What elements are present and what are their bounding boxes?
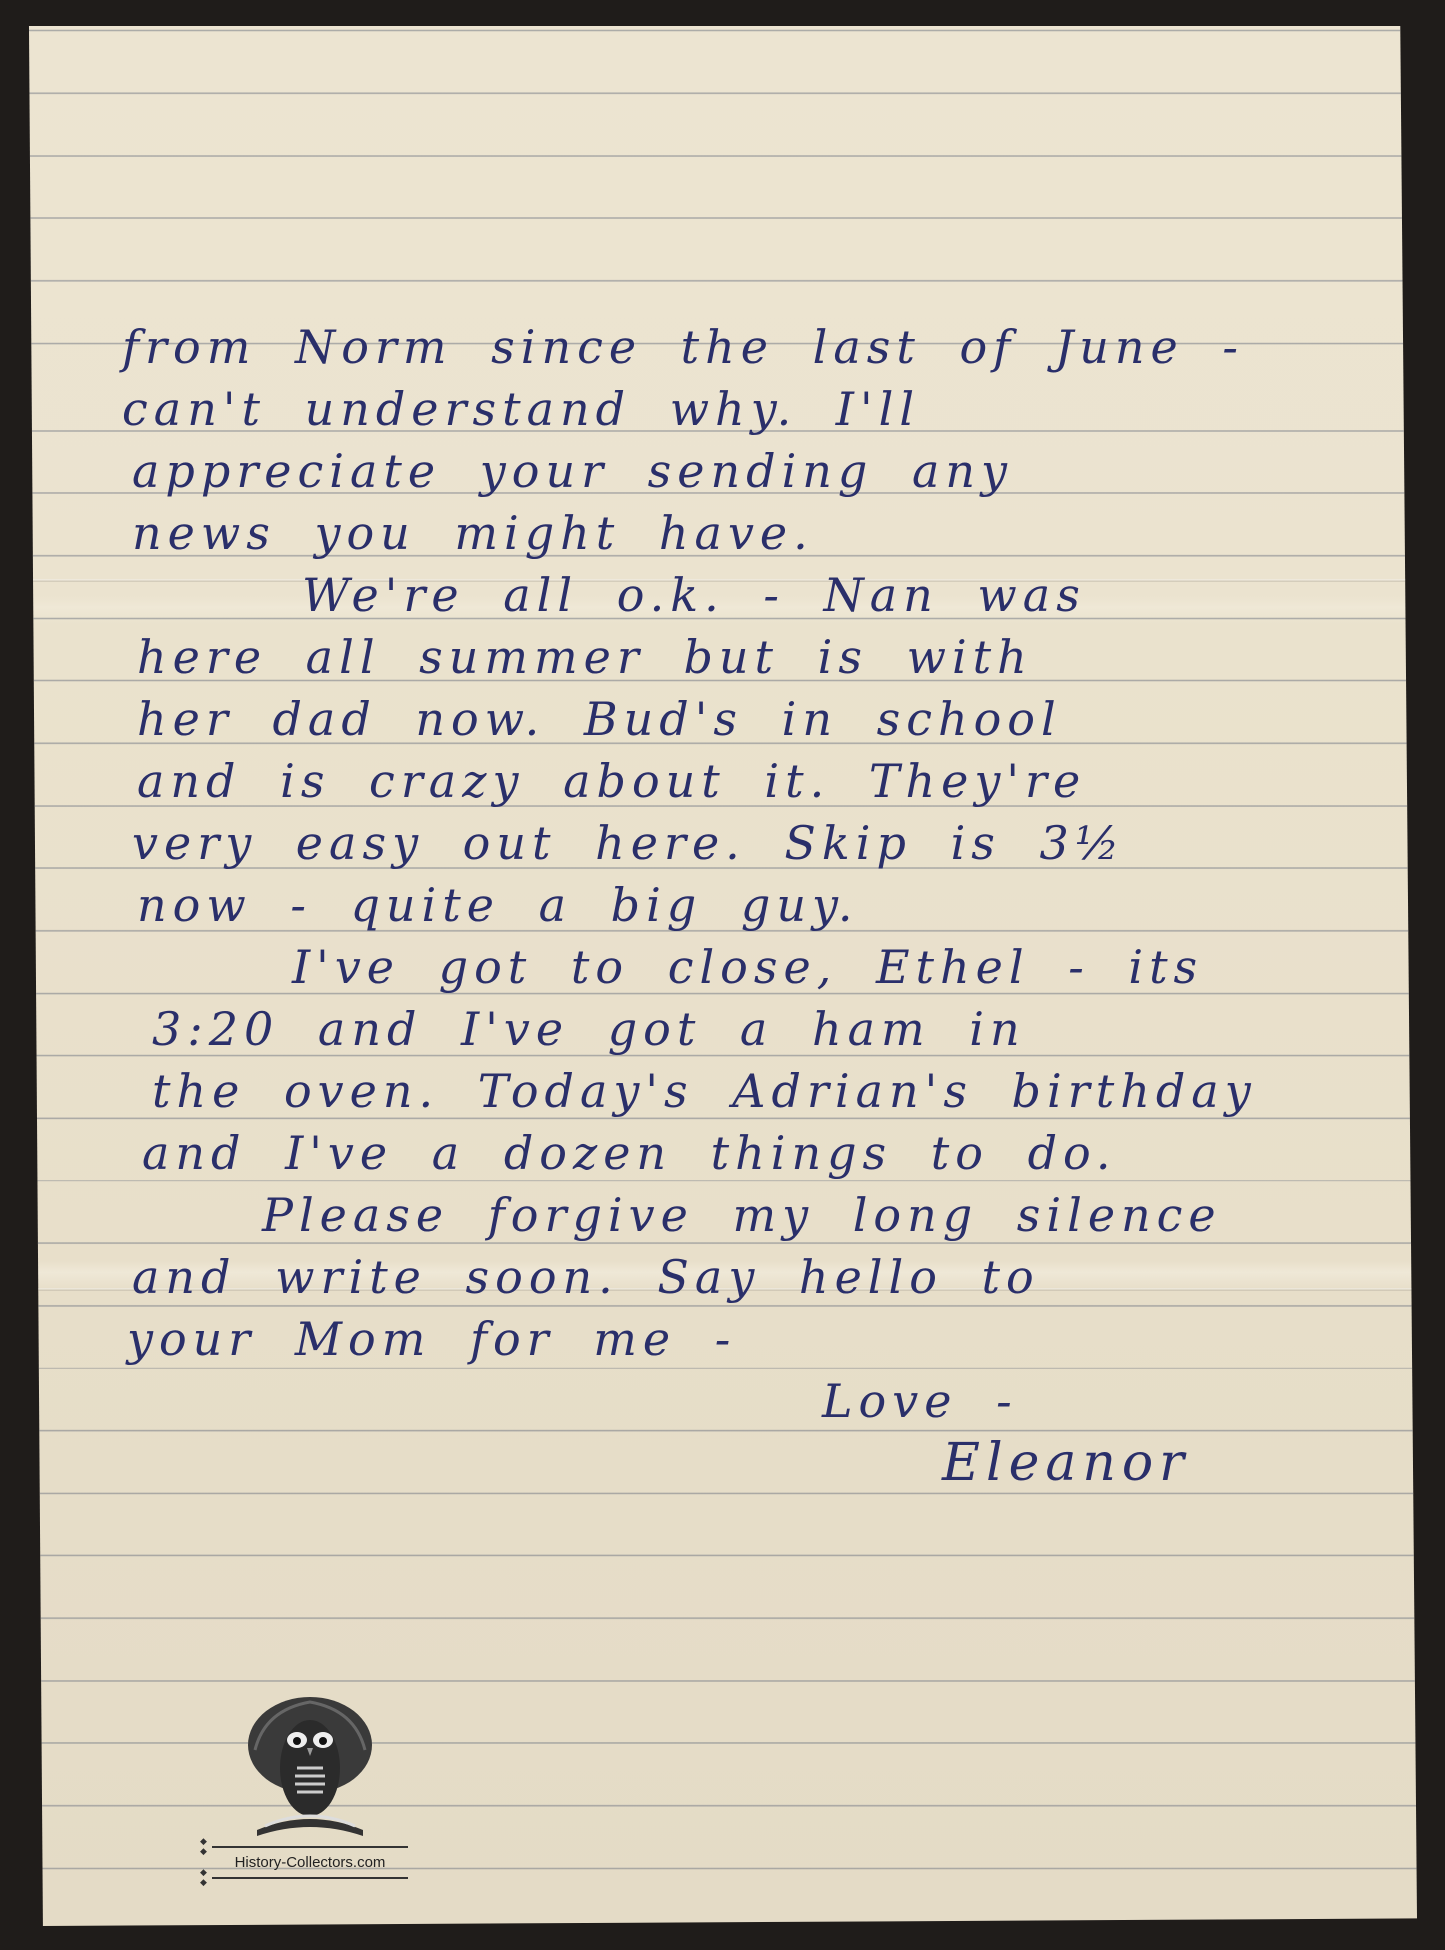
letter-page: from Norm since the last of June - can't… [22,26,1417,1926]
watermark-divider-top [200,1844,420,1850]
letter-line-3: appreciate your sending any [132,440,1417,502]
letter-line-10: now - quite a big guy. [137,874,1417,936]
letter-line-16: and write soon. Say hello to [132,1246,1417,1308]
letter-line-13: the oven. Today's Adrian's birthday [152,1060,1417,1122]
letter-line-14: and I've a dozen things to do. [142,1122,1417,1184]
letter-line-6: here all summer but is with [137,626,1417,688]
letter-line-2: can't understand why. I'll [122,378,1417,440]
letter-line-11: I've got to close, Ethel - its [62,936,1417,998]
watermark-divider-bottom [200,1875,420,1881]
letter-signature: Eleanor [942,1432,1417,1494]
letter-line-12: 3:20 and I've got a ham in [152,998,1417,1060]
letter-line-1: from Norm since the last of June - [122,316,1417,378]
letter-line-4: news you might have. [132,502,1417,564]
letter-line-17: your Mom for me - [127,1308,1417,1370]
letter-closing: Love - [822,1370,1417,1432]
watermark: History-Collectors.com [190,1690,430,1910]
letter-line-7: her dad now. Bud's in school [137,688,1417,750]
letter-line-15: Please forgive my long silence [32,1184,1417,1246]
letter-line-5: We're all o.k. - Nan was [72,564,1417,626]
letter-line-9: very easy out here. Skip is 3½ [132,812,1417,874]
owl-on-book-icon [235,1690,385,1840]
letter-line-8: and is crazy about it. They're [137,750,1417,812]
